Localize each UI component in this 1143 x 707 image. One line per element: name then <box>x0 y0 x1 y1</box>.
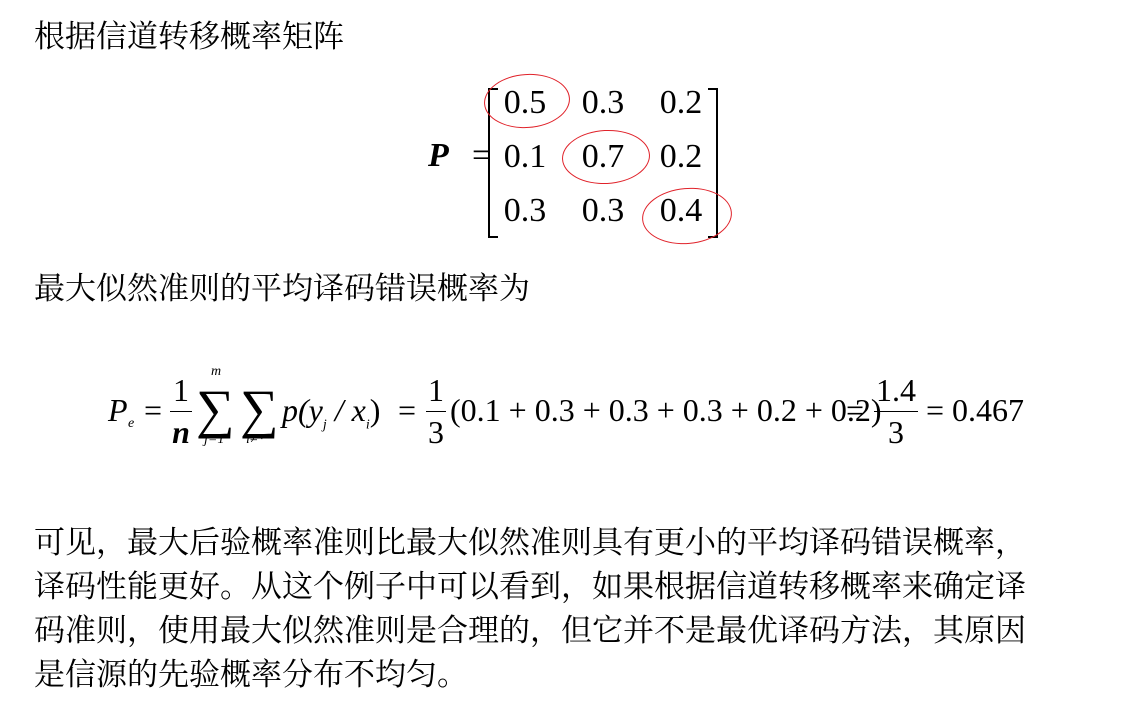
equals-sign: = <box>144 392 162 429</box>
fraction-denominator: 3 <box>426 414 446 451</box>
fraction-1-over-n: 1 n <box>170 372 192 451</box>
fraction-1-over-3: 1 3 <box>426 372 446 451</box>
fraction-bar <box>874 411 918 412</box>
conclusion-line-1: 可见，最大后验概率准则比最大似然准则具有更小的平均译码错误概率， <box>34 528 1026 559</box>
fraction-numerator: 1 <box>170 372 192 409</box>
heading-ml-error-probability: 最大似然准则的平均译码错误概率为 <box>34 274 530 305</box>
term-close: ) <box>370 392 381 428</box>
sum-expression: (0.1 + 0.3 + 0.3 + 0.3 + 0.2 + 0.2) <box>450 392 882 429</box>
summation-icon: ∑ <box>196 382 235 436</box>
conclusion-line-2: 译码性能更好。从这个例子中可以看到，如果根据信道转移概率来确定译 <box>34 572 1026 603</box>
highlight-circle <box>561 128 652 187</box>
formula-result: = 0.467 <box>926 392 1024 429</box>
fraction-bar <box>426 411 446 412</box>
conclusion-line-4: 是信源的先验概率分布不均匀。 <box>34 660 468 691</box>
fraction-1.4-over-3: 1.4 3 <box>874 372 918 451</box>
matrix-label: P <box>428 137 449 175</box>
formula-lhs: P <box>108 392 128 429</box>
transition-probability-matrix: P = 0.5 0.3 0.2 0.1 0.7 0.2 0.3 0.3 0.4 <box>420 82 740 252</box>
matrix-cell: 0.3 <box>568 192 638 230</box>
matrix-cell: 0.3 <box>568 84 638 122</box>
conclusion-line-3: 码准则，使用最大似然准则是合理的，但它并不是最优译码方法，其原因 <box>34 616 1026 647</box>
probability-term: p(yj / xi) <box>282 392 380 433</box>
sum-lower-limit: i≠* <box>246 432 265 448</box>
term-x: / x <box>327 392 366 428</box>
matrix-cell: 0.1 <box>490 138 560 176</box>
fraction-numerator: 1 <box>426 372 446 409</box>
heading-transition-matrix: 根据信道转移概率矩阵 <box>34 22 344 53</box>
matrix-cell: 0.2 <box>646 84 716 122</box>
fraction-denominator: n <box>170 414 192 451</box>
formula-lhs-subscript: e <box>128 416 134 432</box>
sum-lower-limit: j=1 <box>204 432 224 448</box>
summation-icon: ∑ <box>240 382 279 436</box>
fraction-numerator: 1.4 <box>874 372 918 409</box>
equals-sign: = <box>846 392 864 429</box>
average-error-formula: P e = 1 n m ∑ j=1 ∑ i≠* p(yj / xi) = 1 3… <box>108 372 1038 452</box>
matrix-cell: 0.3 <box>490 192 560 230</box>
equals-sign: = <box>398 392 416 429</box>
sum-upper-limit: m <box>211 364 221 380</box>
term-p-y: p(y <box>282 392 323 428</box>
fraction-bar <box>170 411 192 412</box>
fraction-denominator: 3 <box>874 414 918 451</box>
matrix-cell: 0.2 <box>646 138 716 176</box>
